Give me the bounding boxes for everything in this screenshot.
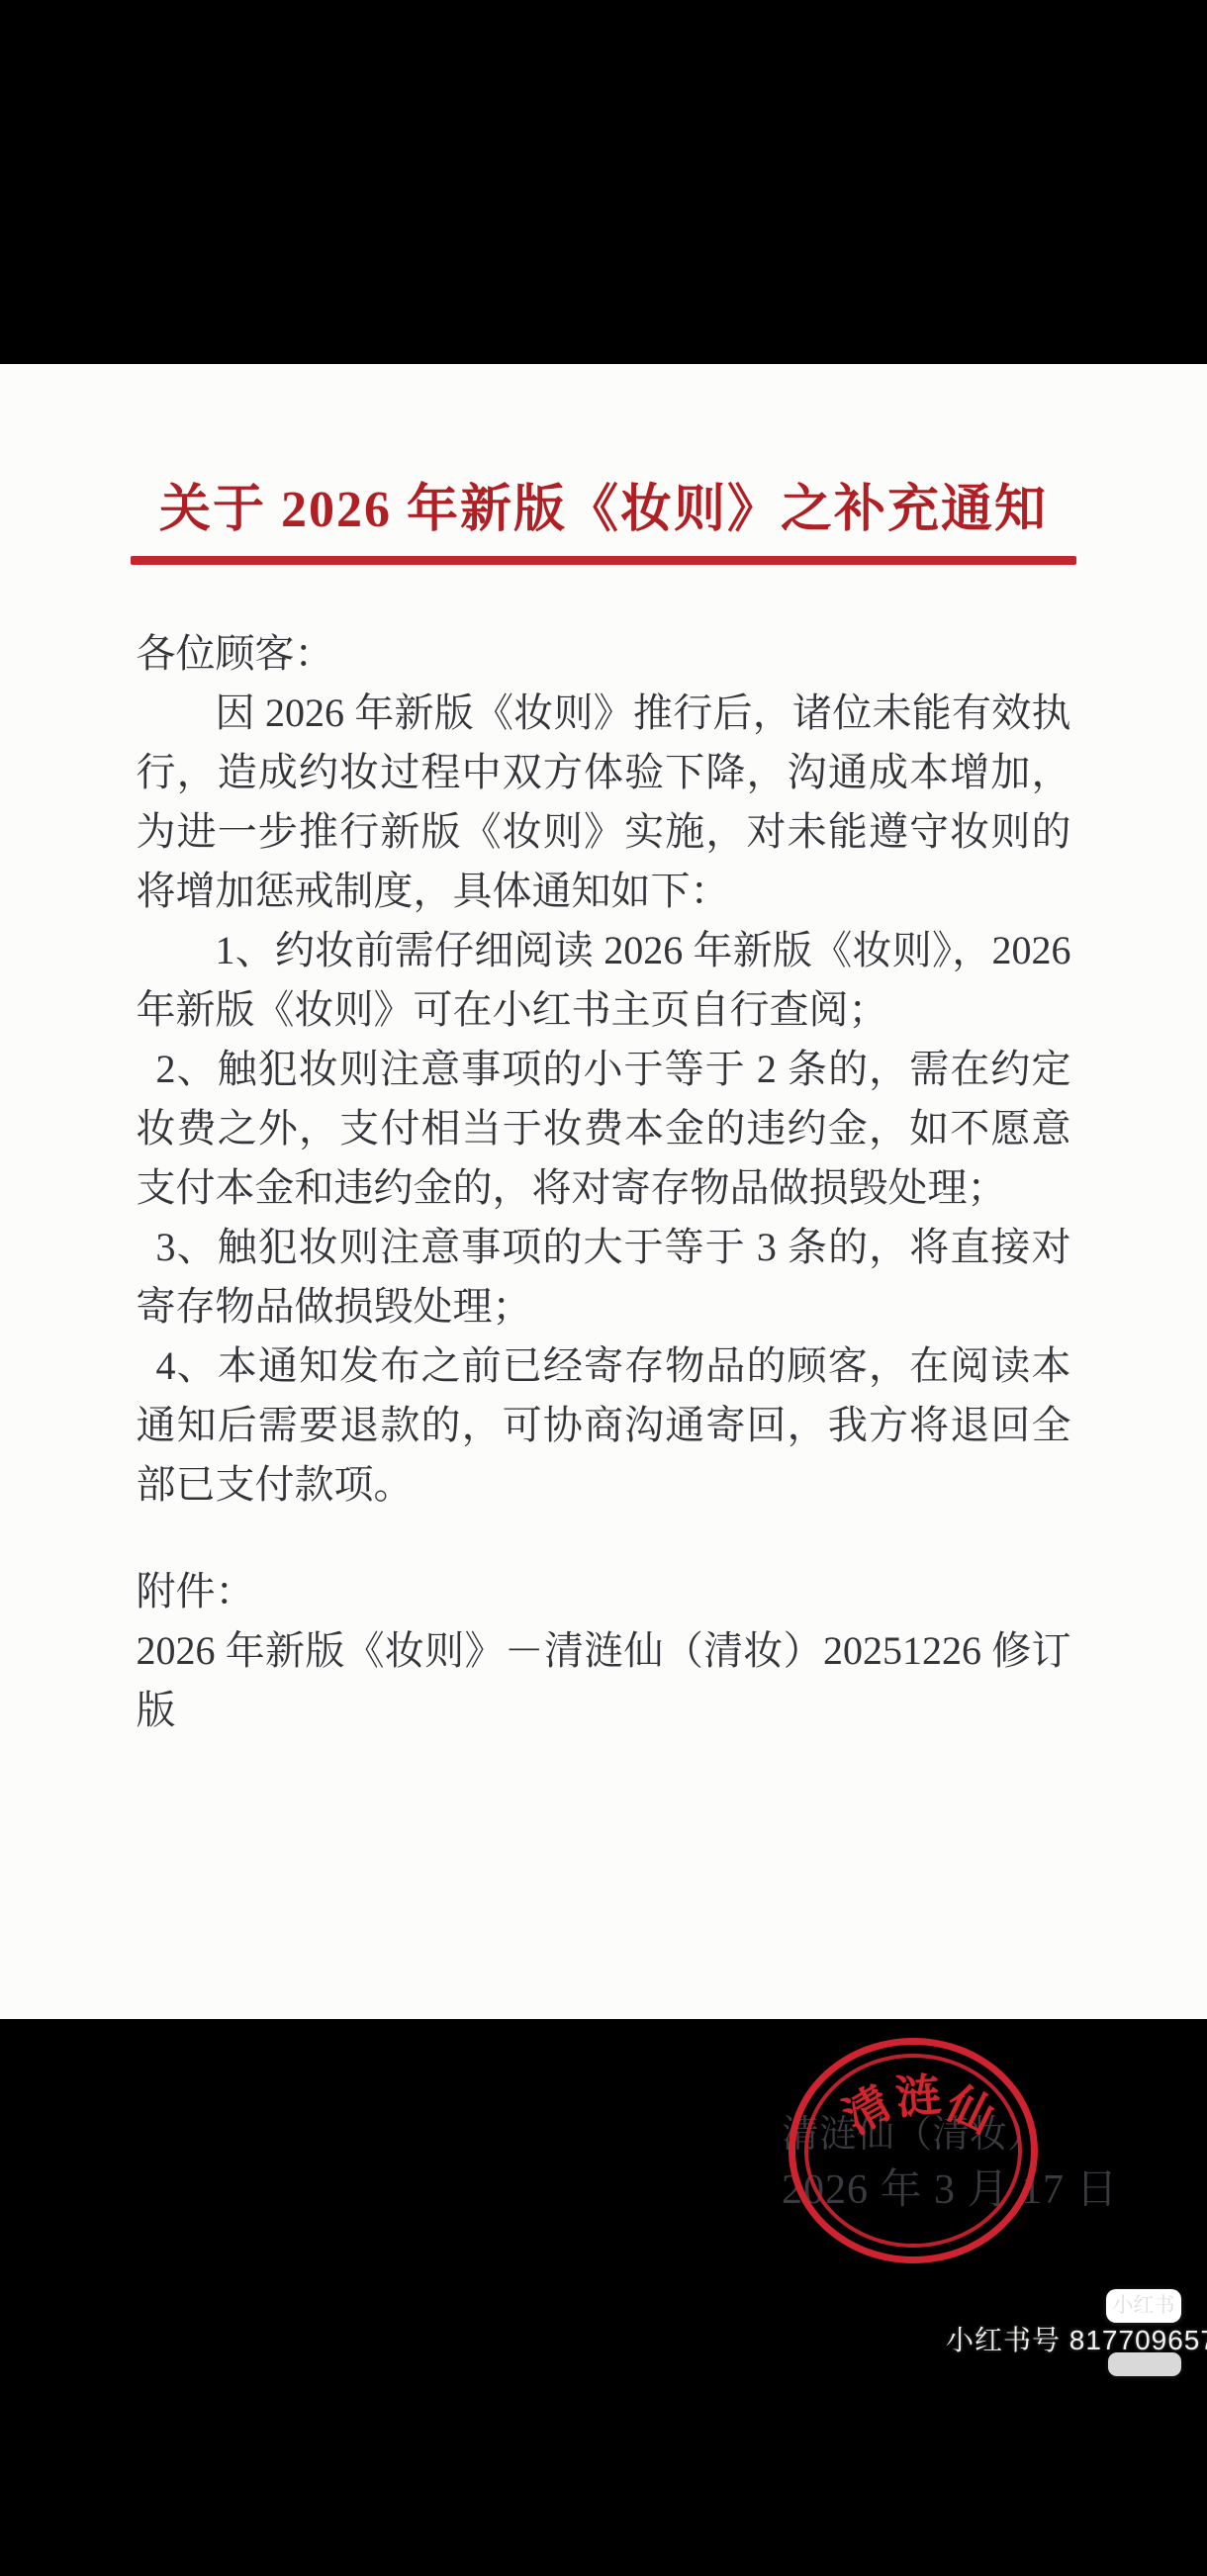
title-underline-rule — [131, 556, 1076, 565]
watermark-pill-shape — [1108, 2352, 1181, 2376]
xiaohongshu-badge: 小红书 — [1106, 2289, 1181, 2323]
notice-item-2: 2、触犯妆则注意事项的小于等于 2 条的，需在约定妆费之外，支付相当于妆费本金的… — [137, 1040, 1071, 1218]
notice-item-1: 1、约妆前需仔细阅读 2026 年新版《妆则》，2026 年新版《妆则》可在小红… — [137, 921, 1071, 1040]
notice-document-photo: 关于 2026 年新版《妆则》之补充通知 各位顾客： 因 2026 年新版《妆则… — [0, 364, 1207, 2019]
notice-item-4: 4、本通知发布之前已经寄存物品的顾客，在阅读本通知后需要退款的，可协商沟通寄回，… — [137, 1336, 1071, 1515]
notice-item-3: 3、触犯妆则注意事项的大于等于 3 条的，将直接对寄存物品做损毁处理； — [137, 1218, 1071, 1336]
attachment-line: 2026 年新版《妆则》－清涟仙（清妆）20251226 修订版 — [137, 1621, 1071, 1740]
intro-paragraph: 因 2026 年新版《妆则》推行后，诸位未能有效执行，造成约妆过程中双方体验下降… — [137, 684, 1071, 921]
salutation-line: 各位顾客： — [137, 624, 1071, 684]
red-seal-stamp: 清 涟 仙 — [789, 2038, 1038, 2263]
notice-body: 各位顾客： 因 2026 年新版《妆则》推行后，诸位未能有效执行，造成约妆过程中… — [137, 624, 1071, 1740]
stamp-arc-char: 涟 — [892, 2059, 944, 2128]
notice-title: 关于 2026 年新版《妆则》之补充通知 — [0, 481, 1207, 540]
attachment-label: 附件： — [137, 1562, 1071, 1621]
screenshot-canvas: 关于 2026 年新版《妆则》之补充通知 各位顾客： 因 2026 年新版《妆则… — [0, 0, 1207, 2576]
